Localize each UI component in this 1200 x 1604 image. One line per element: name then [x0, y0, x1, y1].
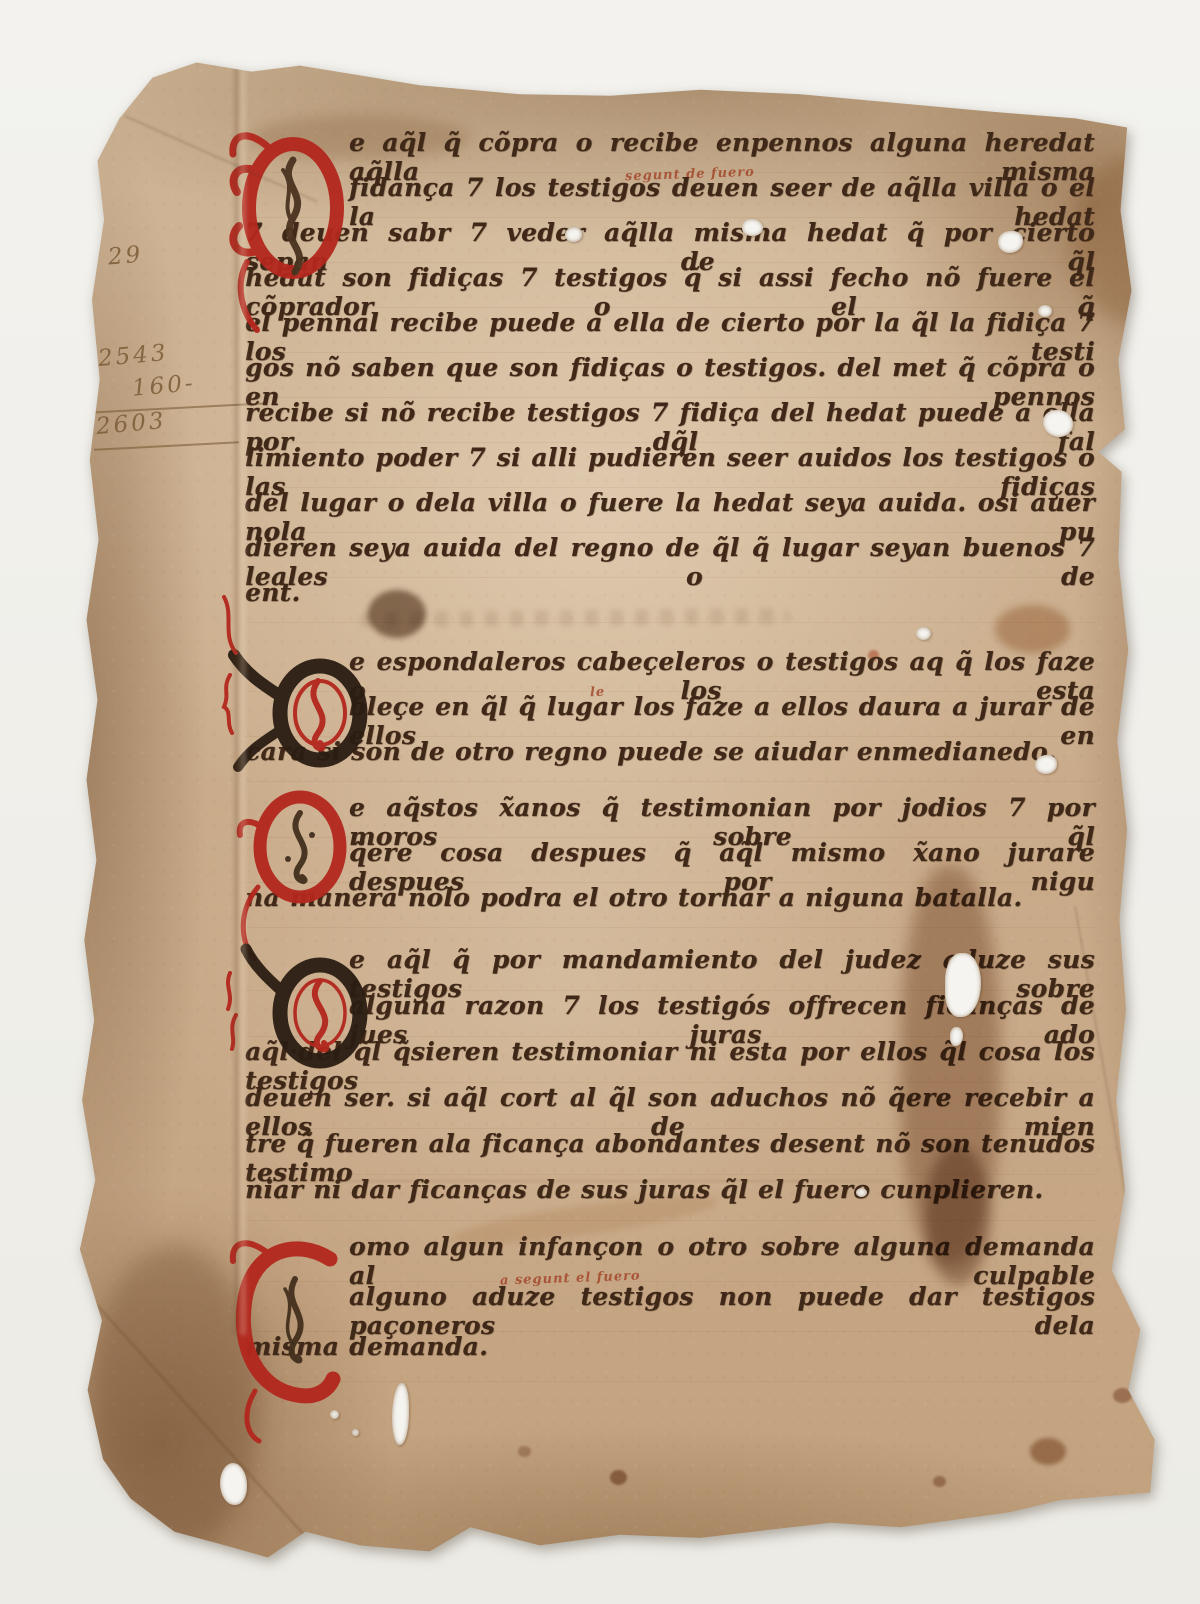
stain [933, 1476, 946, 1487]
crease [270, 1180, 890, 1182]
stain [518, 1446, 531, 1457]
text-line: alguno aduze testigos non puede dar test… [245, 1282, 1095, 1332]
initial-ornament-icon [222, 945, 382, 1080]
text-line: 7 deuen sabr 7 veder aq̃lla misma hedat … [245, 218, 1095, 263]
initial-ornament-icon [228, 789, 358, 964]
manuscript-paragraph: D e espondaleros cabeçeleros o testigos … [245, 647, 1095, 782]
parchment-hole [742, 219, 763, 236]
fold-highlight [240, 55, 246, 1335]
text-line: limiento poder 7 si alli pudieren seer a… [245, 443, 1095, 488]
parchment-hole [1035, 755, 1057, 774]
parchment-hole [916, 627, 931, 640]
text-line: dieren seya auida del regno de q̃l q̃ lu… [245, 533, 1095, 578]
manuscript-paragraph: D e aq̃l q̃ cõpra o recibe enpennos algu… [245, 128, 1095, 623]
illuminated-initial: D [222, 945, 382, 1080]
text-line: e aq̃stos x̃anos q̃ testimonian por jodi… [245, 793, 1095, 838]
text-line: del lugar o dela villa o fuere la hedat … [245, 488, 1095, 533]
fold-crease [235, 55, 238, 1335]
manuscript-page: 29 2543 160- 2603 segunt de fuero le a s… [70, 55, 1170, 1565]
illuminated-initial: D [228, 789, 358, 964]
text-line: el pennal recibe puede a ella de cierto … [245, 308, 1095, 353]
parchment-hole [1043, 410, 1073, 437]
text-line: hedat son fidiças 7 testigos q̃ si assi … [245, 263, 1095, 308]
parchment-hole [352, 1429, 359, 1436]
stain [610, 1470, 627, 1485]
margin-sum-addend-2: 160- [131, 370, 197, 401]
parchment-hole [330, 1410, 339, 1419]
text-line: gos nõ saben que son fidiças o testigos.… [245, 353, 1095, 398]
text-line: recibe si nõ recibe testigos 7 fidiça de… [245, 398, 1095, 443]
stain [368, 590, 426, 638]
parchment-hole [565, 227, 582, 242]
text-line: fidança 7 los testigos deuen seer de aq̃… [245, 173, 1095, 218]
parchment-hole [1038, 305, 1052, 317]
paragraph-lines: e aq̃l q̃ cõpra o recibe enpennos alguna… [245, 128, 1095, 623]
parchment-hole [220, 1463, 247, 1505]
parchment-hole [856, 1188, 867, 1197]
stain [925, 1145, 990, 1285]
stain [1030, 1438, 1066, 1465]
stain [1113, 1388, 1132, 1403]
text-line: e aq̃l q̃ cõpra o recibe enpennos alguna… [245, 128, 1095, 173]
margin-numeral-top: 29 [107, 242, 144, 271]
parchment-wrap: 29 2543 160- 2603 segunt de fuero le a s… [0, 0, 1200, 1604]
scan-background: 29 2543 160- 2603 segunt de fuero le a s… [0, 0, 1200, 1604]
